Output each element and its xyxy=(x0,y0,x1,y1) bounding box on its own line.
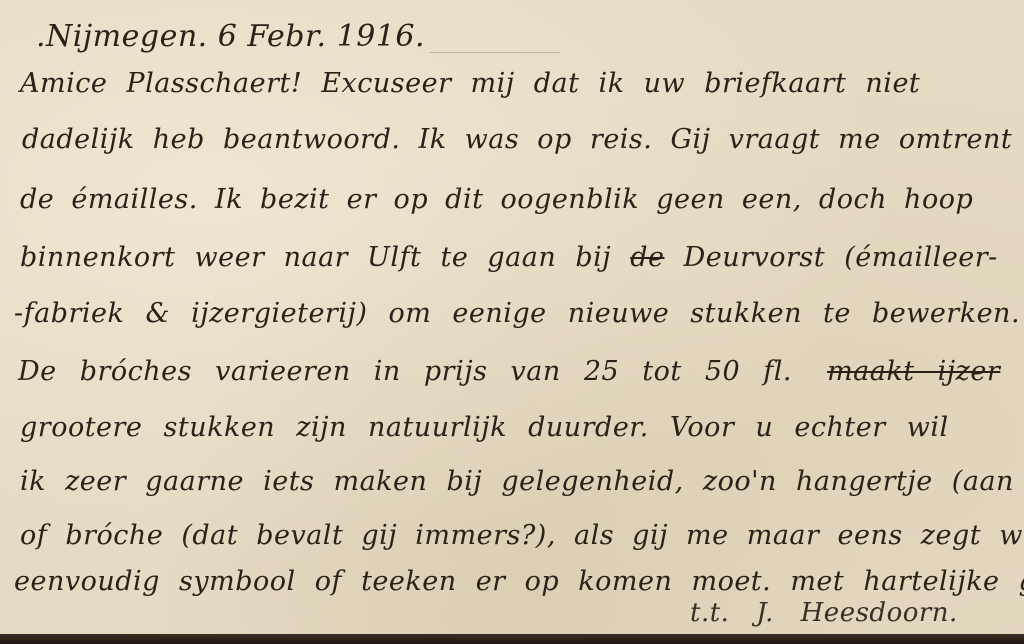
signature-name: J. Heesdoorn. xyxy=(756,598,958,628)
body-line-6: De bróches varieeren in prijs van 25 tot… xyxy=(18,358,1024,385)
body-line-8: ik zeer gaarne iets maken bij gelegenhei… xyxy=(20,468,1024,495)
body-line-5: -fabriek & ijzergieterij) om eenige nieu… xyxy=(14,300,1020,327)
signature: t.t. J. Heesdoorn. xyxy=(690,600,958,626)
body-line-9: of bróche (dat bevalt gij immers?), als … xyxy=(20,522,1024,549)
body-line-7: grootere stukken zijn natuurlijk duurder… xyxy=(20,414,949,441)
body-line-6-before: De bróches varieeren in prijs van 25 tot… xyxy=(18,356,792,387)
body-line-10: eenvoudig symbool of teeken er op komen … xyxy=(14,568,1024,595)
faint-ink-mark xyxy=(430,52,560,53)
struck-word: de xyxy=(630,242,664,273)
body-line-4-before: binnenkort weer naar Ulft te gaan bij xyxy=(20,242,611,273)
body-line-1: Amice Plasschaert! Excuseer mij dat ik u… xyxy=(20,70,920,97)
body-line-4-after: Deurvorst (émailleer- xyxy=(684,242,998,273)
body-line-3: de émailles. Ik bezit er op dit oogenbli… xyxy=(20,186,973,213)
place-date-line: .Nijmegen. 6 Febr. 1916. xyxy=(36,22,425,52)
scan-bottom-edge xyxy=(0,634,1024,644)
struck-phrase: maakt ijzer xyxy=(827,356,1000,387)
signature-closing: t.t. xyxy=(690,598,729,628)
body-line-2: dadelijk heb beantwoord. Ik was op reis.… xyxy=(22,126,1012,153)
body-line-4: binnenkort weer naar Ulft te gaan bij de… xyxy=(20,244,998,271)
postcard-scan: .Nijmegen. 6 Febr. 1916. Amice Plasschae… xyxy=(0,0,1024,634)
